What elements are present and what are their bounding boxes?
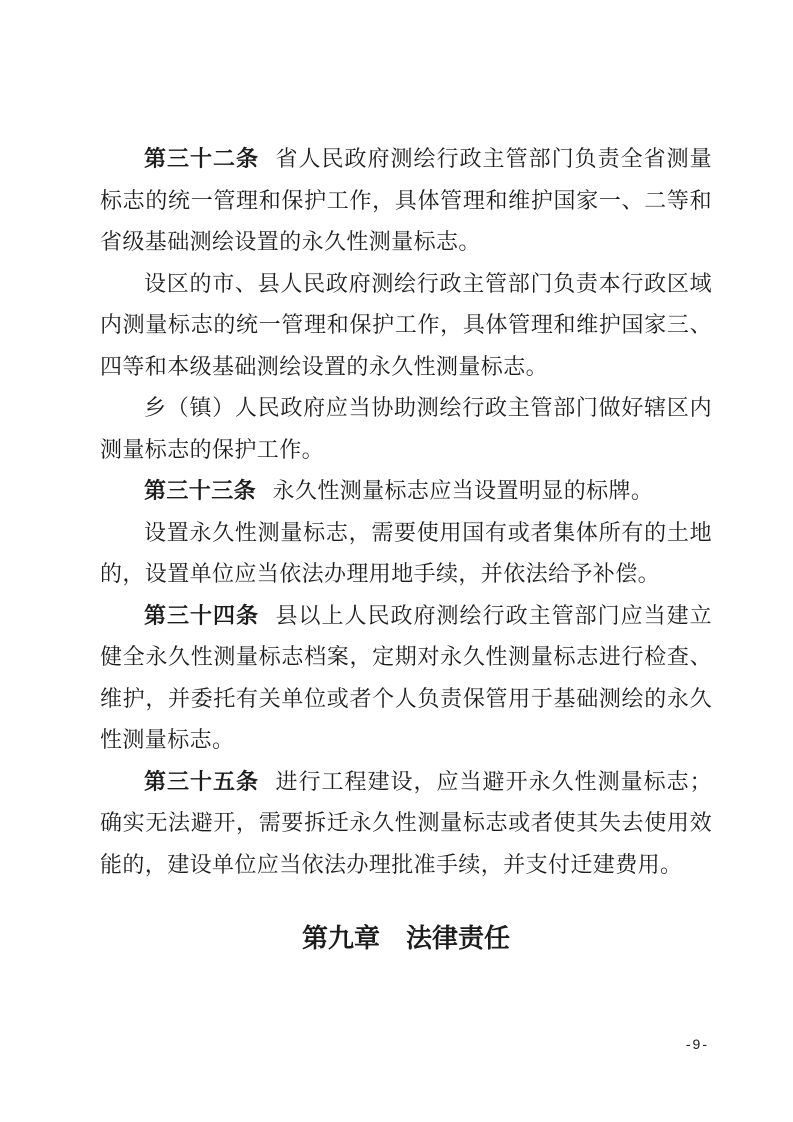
page-number: -9-	[686, 1036, 709, 1052]
paragraph-text: 设置永久性测量标志，需要使用国有或者集体所有的土地的，设置单位应当依法办理用地手…	[100, 520, 712, 587]
paragraph-text: 设区的市、县人民政府测绘行政主管部门负责本行政区域内测量标志的统一管理和保护工作…	[100, 271, 712, 379]
article-number: 第三十三条	[144, 478, 256, 503]
article-paragraph: 第三十五条进行工程建设，应当避开永久性测量标志；确实无法避开，需要拆迁永久性测量…	[100, 761, 712, 886]
article-number: 第三十二条	[144, 146, 259, 171]
article-number: 第三十五条	[144, 769, 259, 794]
body-paragraph: 乡（镇）人民政府应当协助测绘行政主管部门做好辖区内测量标志的保护工作。	[100, 387, 712, 470]
document-body: 第三十二条省人民政府测绘行政主管部门负责全省测量标志的统一管理和保护工作，具体管…	[100, 138, 712, 885]
article-paragraph: 第三十三条永久性测量标志应当设置明显的标牌。	[100, 470, 712, 512]
paragraph-text: 乡（镇）人民政府应当协助测绘行政主管部门做好辖区内测量标志的保护工作。	[100, 395, 712, 462]
chapter-heading: 第九章 法律责任	[100, 923, 712, 953]
article-number: 第三十四条	[144, 603, 259, 628]
document-page: 第三十二条省人民政府测绘行政主管部门负责全省测量标志的统一管理和保护工作，具体管…	[0, 0, 793, 1122]
body-paragraph: 设置永久性测量标志，需要使用国有或者集体所有的土地的，设置单位应当依法办理用地手…	[100, 512, 712, 595]
body-paragraph: 设区的市、县人民政府测绘行政主管部门负责本行政区域内测量标志的统一管理和保护工作…	[100, 263, 712, 388]
article-paragraph: 第三十四条县以上人民政府测绘行政主管部门应当建立健全永久性测量标志档案，定期对永…	[100, 595, 712, 761]
paragraph-text: 永久性测量标志应当设置明显的标牌。	[273, 478, 654, 503]
article-paragraph: 第三十二条省人民政府测绘行政主管部门负责全省测量标志的统一管理和保护工作，具体管…	[100, 138, 712, 263]
